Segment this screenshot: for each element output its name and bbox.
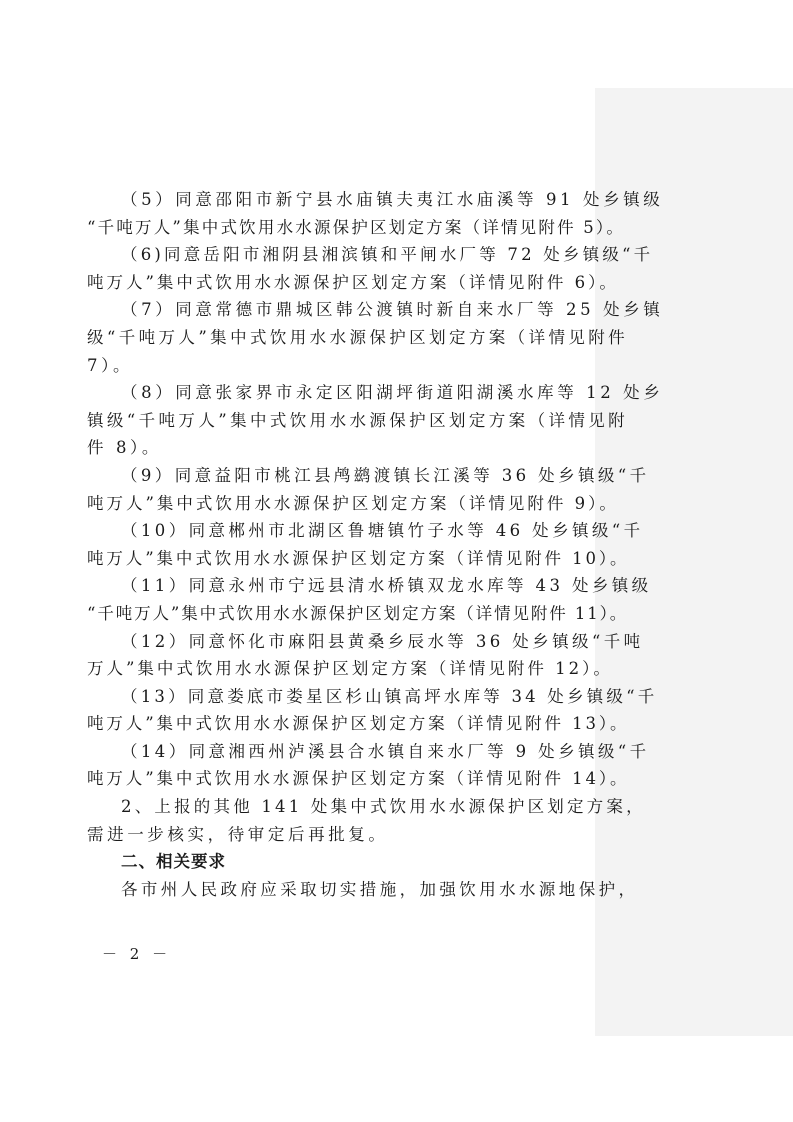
paragraph-line: 吨万人”集中式饮用水水源保护区划定方案（详情见附件 13）。 [87,710,589,738]
section-heading: 二、相关要求 [87,848,589,876]
paragraph-line: “千吨万人”集中式饮用水水源保护区划定方案（详情见附件 5）。 [87,214,589,242]
paragraph-line: 吨万人”集中式饮用水水源保护区划定方案（详情见附件 14）。 [87,765,589,793]
paragraph-line: （9）同意益阳市桃江县鸬鹚渡镇长江溪等 36 处乡镇级“千 [87,462,589,490]
paragraph-line: （12）同意怀化市麻阳县黄桑乡辰水等 36 处乡镇级“千吨 [87,628,589,656]
paragraph-line: 2、上报的其他 141 处集中式饮用水水源保护区划定方案， [87,793,589,821]
document-page: （5）同意邵阳市新宁县水庙镇夫夷江水庙溪等 91 处乡镇级 “千吨万人”集中式饮… [0,0,793,1122]
paragraph-line: 吨万人”集中式饮用水水源保护区划定方案（详情见附件 9）。 [87,490,589,518]
paragraph-line: （6)同意岳阳市湘阴县湘滨镇和平闸水厂等 72 处乡镇级“千 [87,241,589,269]
paragraph-line: 各市州人民政府应采取切实措施，加强饮用水水源地保护， [87,876,589,904]
paragraph-line: （8）同意张家界市永定区阳湖坪街道阳湖溪水库等 12 处乡 [87,379,589,407]
paragraph-line: 件 8）。 [87,434,589,462]
paragraph-line: 镇级“千吨万人”集中式饮用水水源保护区划定方案（详情见附 [87,407,589,435]
paragraph-line: 需进一步核实，待审定后再批复。 [87,821,589,849]
paragraph-line: （14）同意湘西州泸溪县合水镇自来水厂等 9 处乡镇级“千 [87,738,589,766]
paragraph-line: （5）同意邵阳市新宁县水庙镇夫夷江水庙溪等 91 处乡镇级 [87,186,589,214]
paragraph-line: （7）同意常德市鼎城区韩公渡镇时新自来水厂等 25 处乡镇 [87,296,589,324]
page-number: － 2 － [102,944,171,964]
paragraph-line: 吨万人”集中式饮用水水源保护区划定方案（详情见附件 10）。 [87,545,589,573]
paragraph-line: （10）同意郴州市北湖区鲁塘镇竹子水等 46 处乡镇级“千 [87,517,589,545]
paragraph-line: 7）。 [87,352,589,380]
document-body: （5）同意邵阳市新宁县水庙镇夫夷江水庙溪等 91 处乡镇级 “千吨万人”集中式饮… [87,186,589,903]
paragraph-line: （13）同意娄底市娄星区杉山镇高坪水库等 34 处乡镇级“千 [87,683,589,711]
paragraph-line: 万人”集中式饮用水水源保护区划定方案（详情见附件 12）。 [87,655,589,683]
paragraph-line: 吨万人”集中式饮用水水源保护区划定方案（详情见附件 6）。 [87,269,589,297]
paragraph-line: （11）同意永州市宁远县清水桥镇双龙水库等 43 处乡镇级 [87,572,589,600]
paragraph-line: “千吨万人”集中式饮用水水源保护区划定方案（详情见附件 11）。 [87,600,589,628]
paragraph-line: 级“千吨万人”集中式饮用水水源保护区划定方案（详情见附件 [87,324,589,352]
